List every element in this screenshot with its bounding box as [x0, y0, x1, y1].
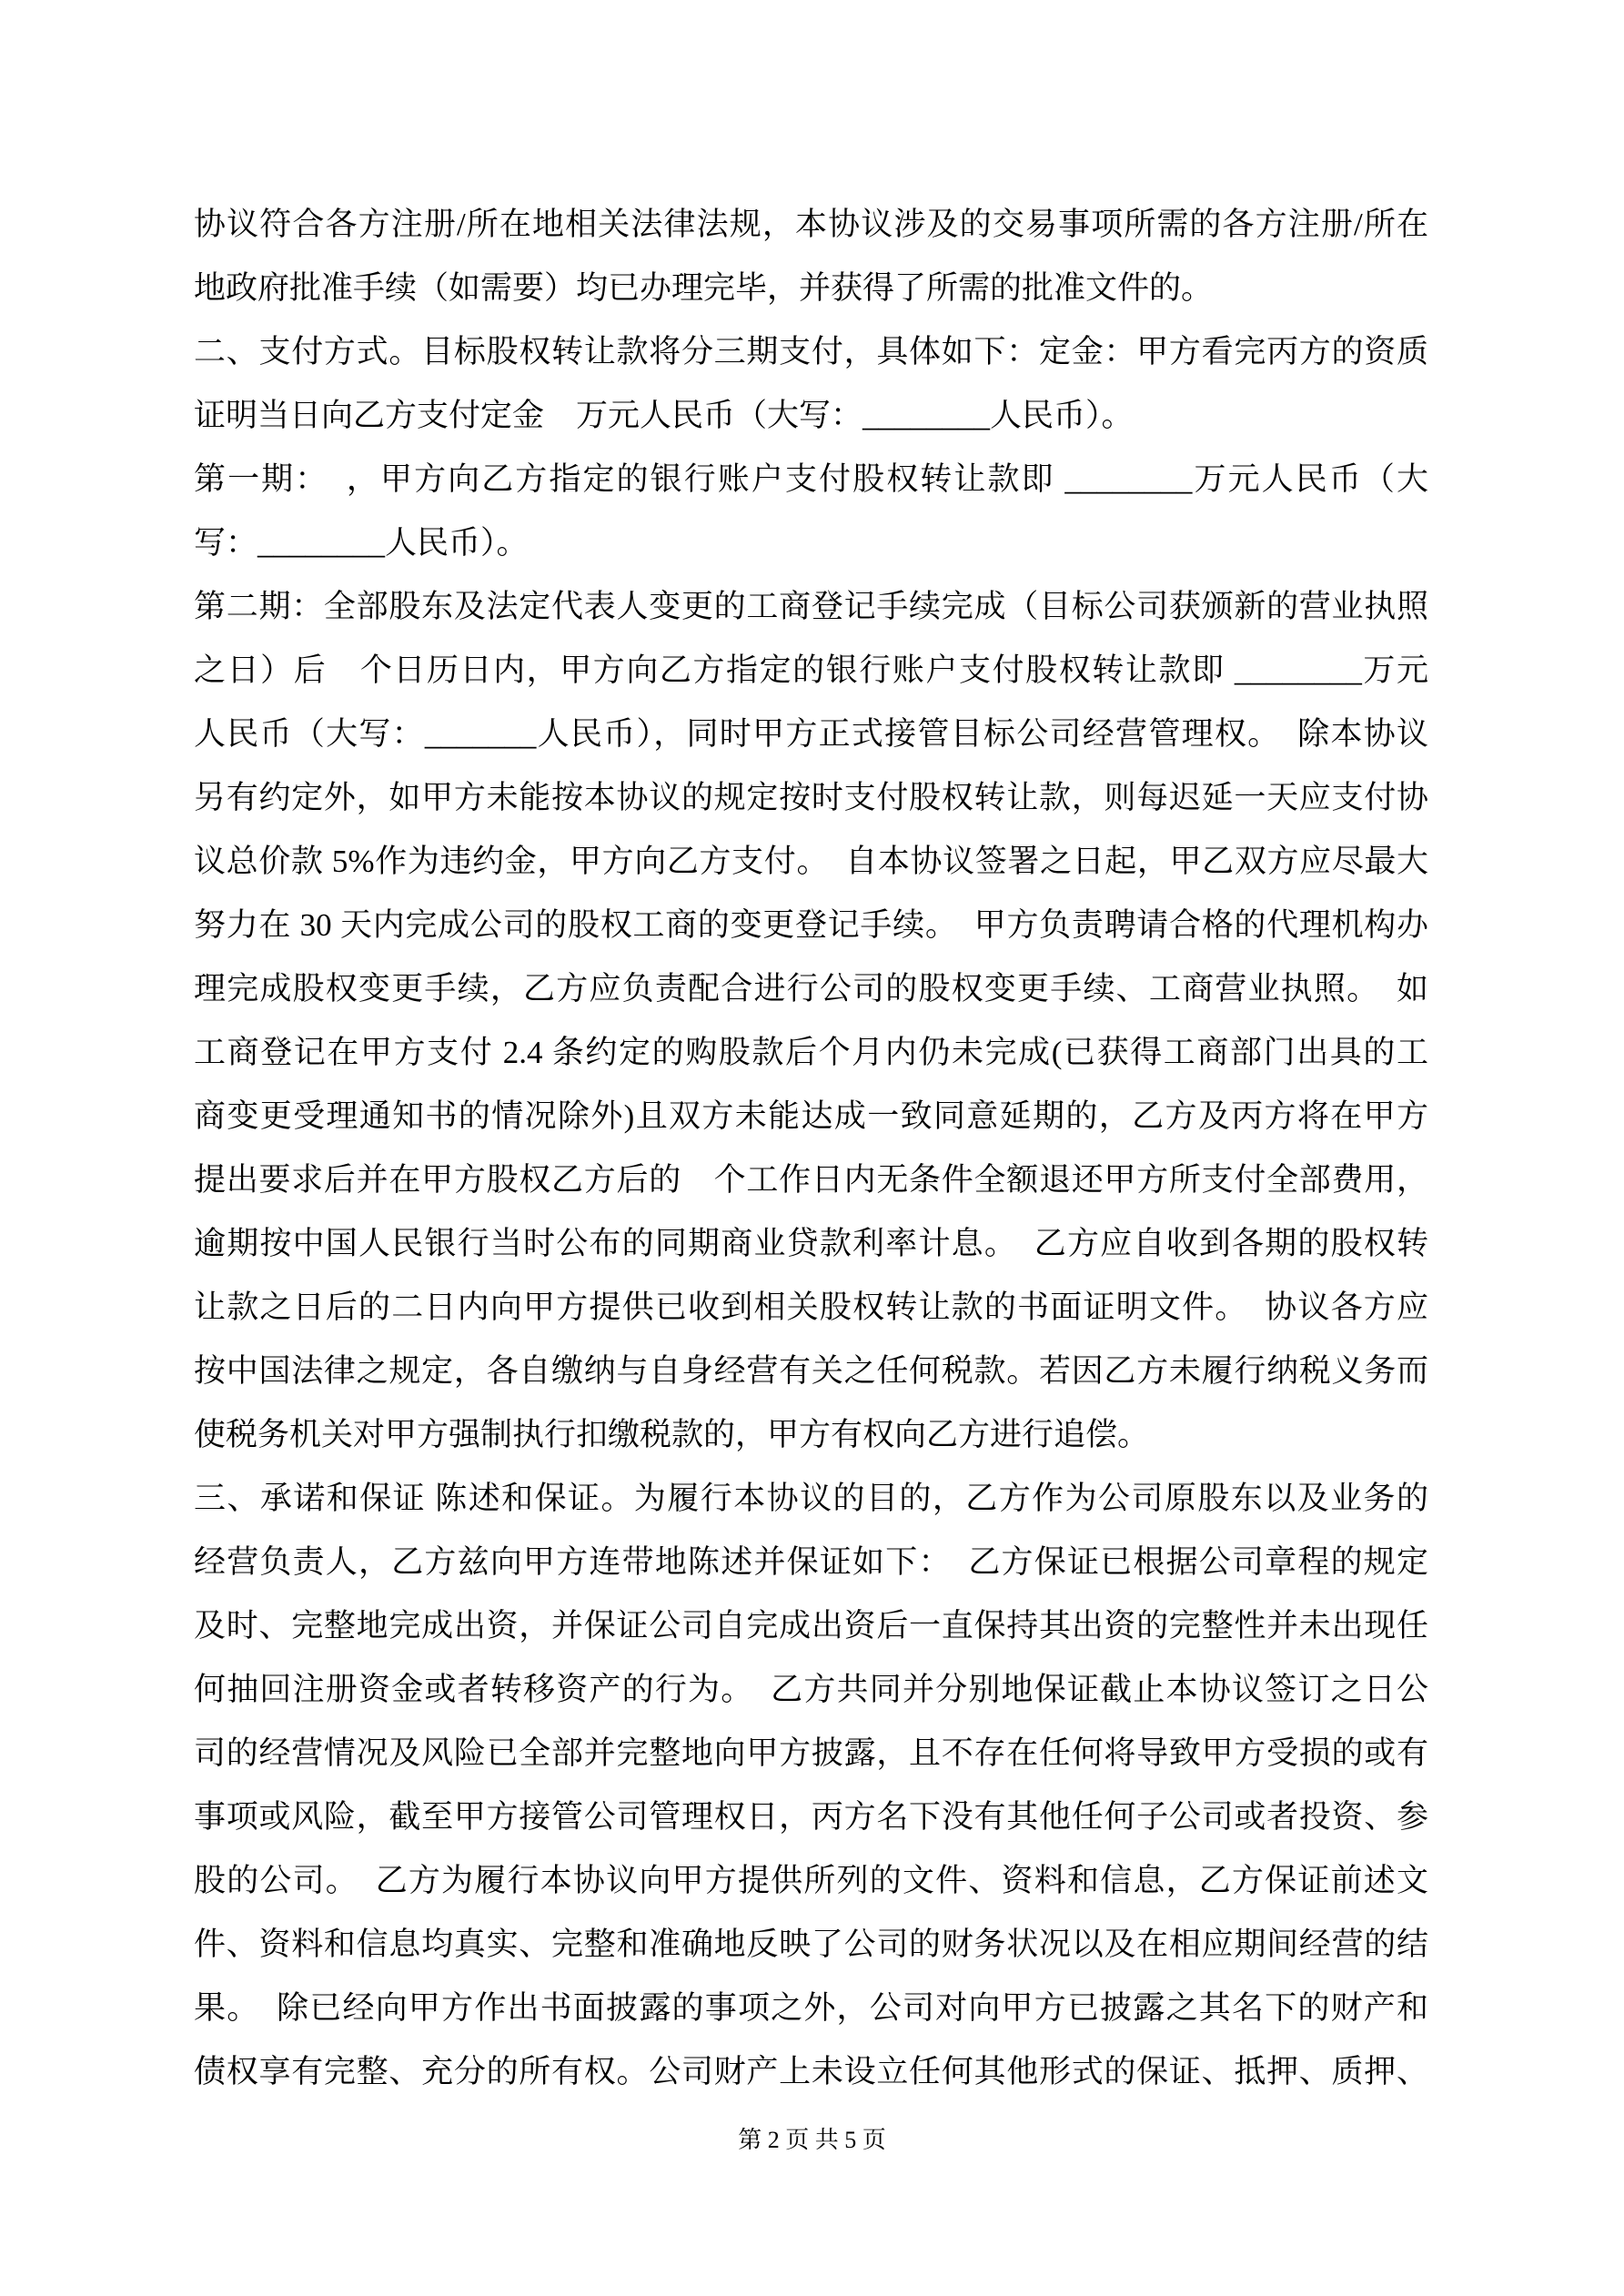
text-line: 人民币（大写：_______人民币），同时甲方正式接管目标公司经营管理权。 除本… [194, 703, 1428, 766]
text-line: 件、资料和信息均真实、完整和准确地反映了公司的财务状况以及在相应期间经营的结 [194, 1913, 1428, 1977]
text-line: 事项或风险，截至甲方接管公司管理权日，丙方名下没有其他任何子公司或者投资、参 [194, 1785, 1428, 1849]
text-line: 逾期按中国人民银行当时公布的同期商业贷款利率计息。 乙方应自收到各期的股权转 [194, 1212, 1428, 1276]
text-line: 工商登记在甲方支付 2.4 条约定的购股款后个月内仍未完成(已获得工商部门出具的… [194, 1021, 1428, 1085]
text-line: 证明当日向乙方支付定金 万元人民币（大写：________人民币）。 [194, 384, 1428, 448]
text-line: 股的公司。 乙方为履行本协议向甲方提供所列的文件、资料和信息，乙方保证前述文 [194, 1849, 1428, 1913]
text-line: 地政府批准手续（如需要）均已办理完毕，并获得了所需的批准文件的。 [194, 257, 1428, 320]
text-line: 二、支付方式。目标股权转让款将分三期支付，具体如下：定金：甲方看完丙方的资质 [194, 320, 1428, 384]
text-line: 何抽回注册资金或者转移资产的行为。 乙方共同并分别地保证截止本协议签订之日公 [194, 1658, 1428, 1722]
text-line: 经营负责人，乙方兹向甲方连带地陈述并保证如下： 乙方保证已根据公司章程的规定 [194, 1531, 1428, 1594]
text-line: 第一期： ，甲方向乙方指定的银行账户支付股权转让款即 ________万元人民币… [194, 448, 1428, 511]
page-number-footer: 第 2 页 共 5 页 [0, 2122, 1624, 2159]
text-line: 及时、完整地完成出资，并保证公司自完成出资后一直保持其出资的完整性并未出现任 [194, 1594, 1428, 1658]
text-line: 之日）后 个日历日内，甲方向乙方指定的银行账户支付股权转让款即 ________… [194, 639, 1428, 703]
text-line: 第二期：全部股东及法定代表人变更的工商登记手续完成（目标公司获颁新的营业执照 [194, 575, 1428, 639]
text-line: 理完成股权变更手续，乙方应负责配合进行公司的股权变更手续、工商营业执照。 如 [194, 957, 1428, 1021]
text-line: 努力在 30 天内完成公司的股权工商的变更登记手续。 甲方负责聘请合格的代理机构… [194, 894, 1428, 957]
text-line: 使税务机关对甲方强制执行扣缴税款的，甲方有权向乙方进行追偿。 [194, 1403, 1428, 1467]
text-line: 提出要求后并在甲方股权乙方后的 个工作日内无条件全额退还甲方所支付全部费用， [194, 1148, 1428, 1212]
text-line: 三、承诺和保证 陈述和保证。为履行本协议的目的，乙方作为公司原股东以及业务的 [194, 1467, 1428, 1531]
contract-document-page: 协议符合各方注册/所在地相关法律法规，本协议涉及的交易事项所需的各方注册/所在地… [0, 0, 1624, 2296]
text-line: 按中国法律之规定，各自缴纳与自身经营有关之任何税款。若因乙方未履行纳税义务而 [194, 1340, 1428, 1403]
text-line: 议总价款 5%作为违约金，甲方向乙方支付。 自本协议签署之日起，甲乙双方应尽最大 [194, 830, 1428, 894]
text-line: 让款之日后的二日内向甲方提供已收到相关股权转让款的书面证明文件。 协议各方应 [194, 1276, 1428, 1340]
document-body: 协议符合各方注册/所在地相关法律法规，本协议涉及的交易事项所需的各方注册/所在地… [194, 193, 1428, 2104]
text-line: 商变更受理通知书的情况除外)且双方未能达成一致同意延期的，乙方及丙方将在甲方 [194, 1085, 1428, 1148]
text-line: 协议符合各方注册/所在地相关法律法规，本协议涉及的交易事项所需的各方注册/所在 [194, 193, 1428, 257]
text-line: 果。 除已经向甲方作出书面披露的事项之外，公司对向甲方已披露之其名下的财产和 [194, 1977, 1428, 2040]
text-line: 债权享有完整、充分的所有权。公司财产上未设立任何其他形式的保证、抵押、质押、 [194, 2040, 1428, 2104]
text-line: 另有约定外，如甲方未能按本协议的规定按时支付股权转让款，则每迟延一天应支付协 [194, 766, 1428, 830]
text-line: 司的经营情况及风险已全部并完整地向甲方披露，且不存在任何将导致甲方受损的或有 [194, 1722, 1428, 1785]
text-line: 写：________人民币）。 [194, 511, 1428, 575]
